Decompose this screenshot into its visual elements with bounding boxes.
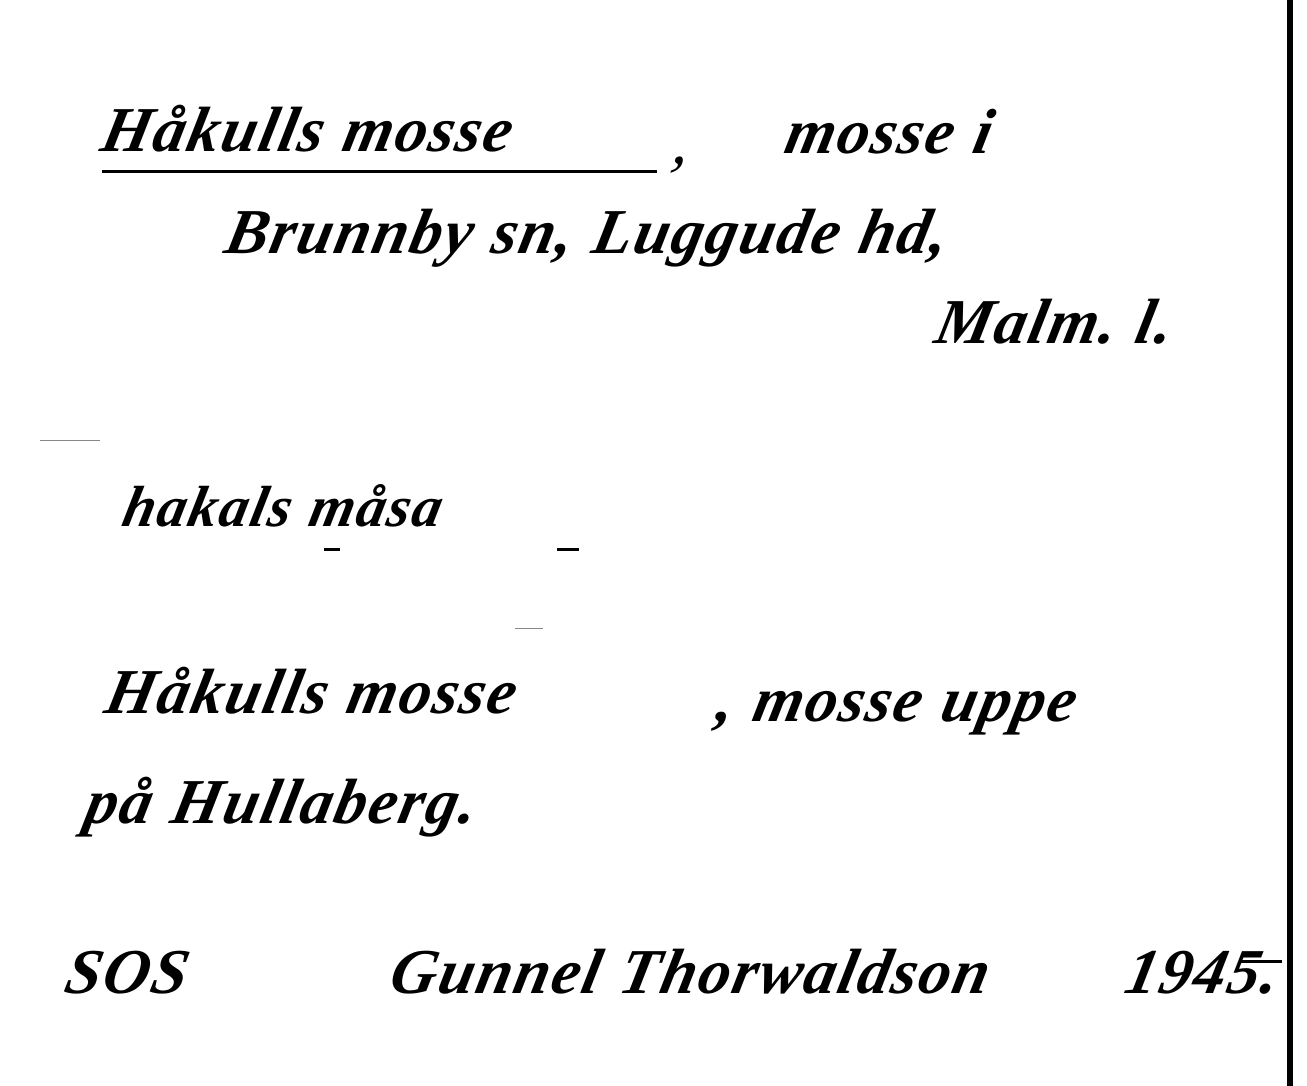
year-overline bbox=[1240, 960, 1282, 963]
description-rest: , mosse uppe bbox=[712, 668, 1086, 732]
archive-card: Håkulls mosse , mosse i Brunnby sn, Lugg… bbox=[0, 0, 1307, 1086]
description-location: på Hullaberg. bbox=[80, 770, 486, 834]
scan-artifact bbox=[515, 628, 543, 629]
headword-underline bbox=[102, 170, 657, 173]
entry-type-text: mosse i bbox=[780, 100, 1001, 164]
parish-district-text: Brunnby sn, Luggude hd, bbox=[220, 200, 957, 264]
archive-code: SOS bbox=[60, 940, 197, 1004]
length-mark-1 bbox=[324, 548, 340, 551]
length-mark-2 bbox=[557, 548, 579, 551]
description-headword: Håkulls mosse bbox=[100, 660, 525, 724]
headword: Håkulls mosse bbox=[96, 98, 521, 162]
recorder-name: Gunnel Thorwaldson bbox=[385, 940, 998, 1004]
pronunciation-text: hakals måsa bbox=[118, 478, 450, 536]
record-year: 1945. bbox=[1120, 940, 1288, 1004]
card-edge-border bbox=[1287, 0, 1293, 1086]
scan-artifact bbox=[40, 440, 100, 441]
headword-comma: , bbox=[668, 110, 700, 174]
county-text: Malm. l. bbox=[930, 290, 1182, 354]
